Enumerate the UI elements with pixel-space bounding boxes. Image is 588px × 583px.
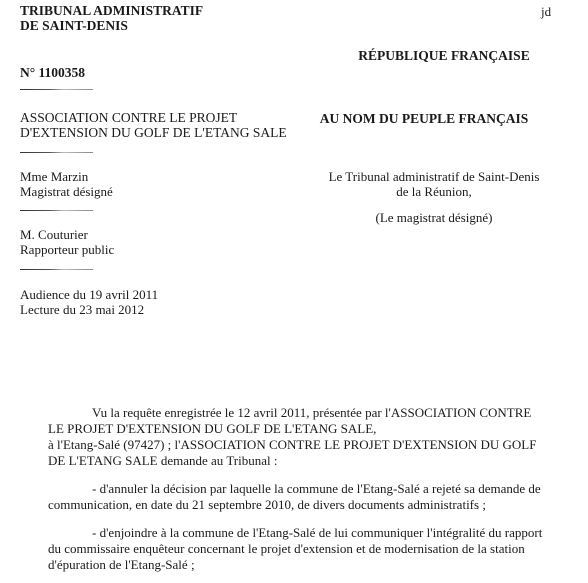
paragraph-enjoin: - d'enjoindre à la commune de l'Etang-Sa… — [48, 525, 560, 573]
au-nom-heading: AU NOM DU PEUPLE FRANÇAIS — [280, 111, 568, 126]
party-name-line1: ASSOCIATION CONTRE LE PROJET — [20, 110, 287, 125]
republic-heading: RÉPUBLIQUE FRANÇAISE — [300, 48, 588, 63]
paragraph-line: du commissaire enquêteur concernant le p… — [48, 541, 560, 557]
separator — [20, 269, 93, 270]
separator — [20, 89, 93, 90]
rapporteur-block: M. Couturier Rapporteur public — [20, 227, 114, 257]
magistrate-name: Mme Marzin — [20, 169, 113, 184]
tribunal-block: Le Tribunal administratif de Saint-Denis… — [290, 169, 578, 199]
rapporteur-role: Rapporteur public — [20, 242, 114, 257]
separator — [20, 152, 93, 153]
rapporteur-name: M. Couturier — [20, 227, 114, 242]
court-name: TRIBUNAL ADMINISTRATIF DE SAINT-DENIS — [20, 3, 203, 33]
paragraph-line: à l'Etang-Salé (97427) ; l'ASSOCIATION C… — [48, 437, 560, 453]
initials: jd — [541, 4, 551, 20]
magistrate-block: Mme Marzin Magistrat désigné — [20, 169, 113, 199]
audience-date: Audience du 19 avril 2011 — [20, 287, 158, 302]
paragraph-line: Vu la requête enregistrée le 12 avril 20… — [48, 405, 560, 421]
court-name-line2: DE SAINT-DENIS — [20, 18, 203, 33]
party-name: ASSOCIATION CONTRE LE PROJET D'EXTENSION… — [20, 110, 287, 140]
paragraph-line: - d'annuler la décision par laquelle la … — [48, 481, 560, 497]
paragraph-line: d'épuration de l'Etang-Salé ; — [48, 557, 560, 573]
court-name-line1: TRIBUNAL ADMINISTRATIF — [20, 3, 203, 18]
paragraph-annul: - d'annuler la décision par laquelle la … — [48, 481, 560, 513]
party-name-line2: D'EXTENSION DU GOLF DE L'ETANG SALE — [20, 125, 287, 140]
lecture-date: Lecture du 23 mai 2012 — [20, 302, 158, 317]
separator — [20, 210, 93, 211]
paragraph-line: - d'enjoindre à la commune de l'Etang-Sa… — [48, 525, 560, 541]
magistrate-role: Magistrat désigné — [20, 184, 113, 199]
tribunal-line1: Le Tribunal administratif de Saint-Denis — [290, 169, 578, 184]
dates-block: Audience du 19 avril 2011 Lecture du 23 … — [20, 287, 158, 317]
case-number: N° 1100358 — [20, 65, 85, 80]
paragraph-request: Vu la requête enregistrée le 12 avril 20… — [48, 405, 560, 469]
paragraph-line: communication, en date du 21 septembre 2… — [48, 497, 560, 513]
paragraph-line: LE PROJET D'EXTENSION DU GOLF DE L'ETANG… — [48, 421, 560, 437]
tribunal-line2: de la Réunion, — [290, 184, 578, 199]
paragraph-line: DE L'ETANG SALE demande au Tribunal : — [48, 453, 560, 469]
magistrate-designation: (Le magistrat désigné) — [290, 210, 578, 225]
